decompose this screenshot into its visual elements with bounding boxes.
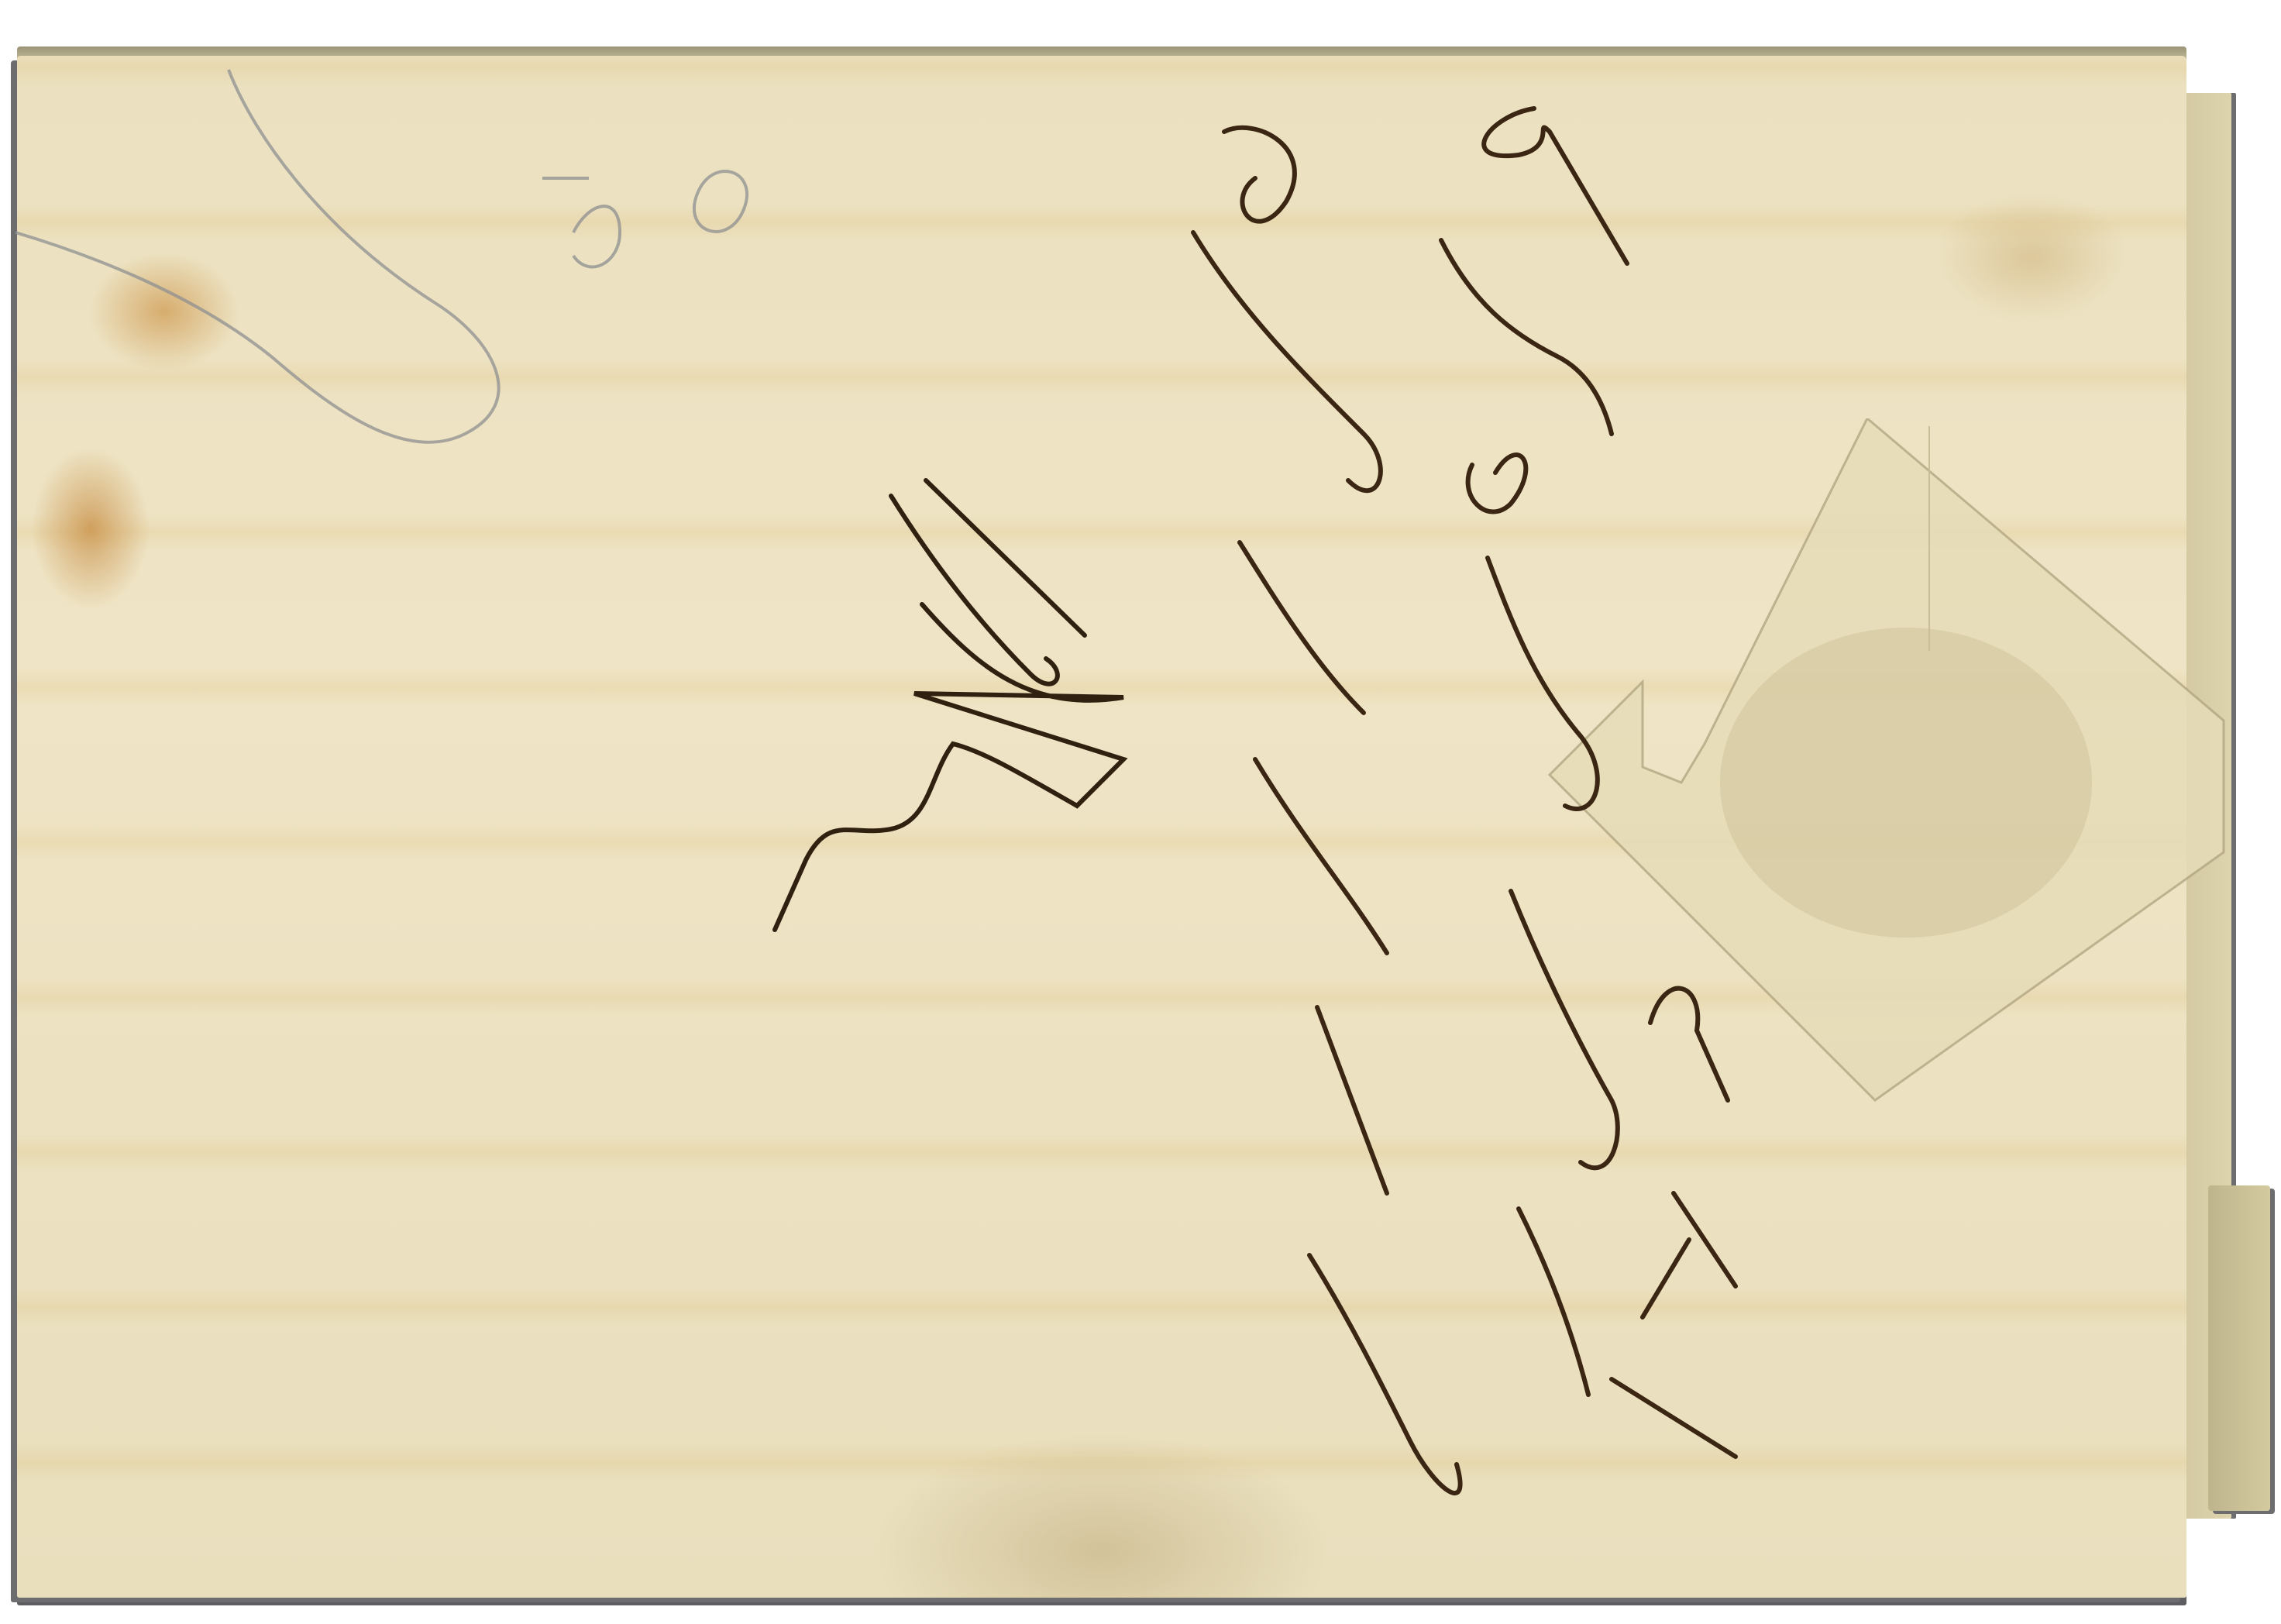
- seal-flap: [1542, 418, 2239, 1116]
- folded-tab: [2208, 1185, 2270, 1511]
- wax-seal-impression: [1720, 628, 2092, 938]
